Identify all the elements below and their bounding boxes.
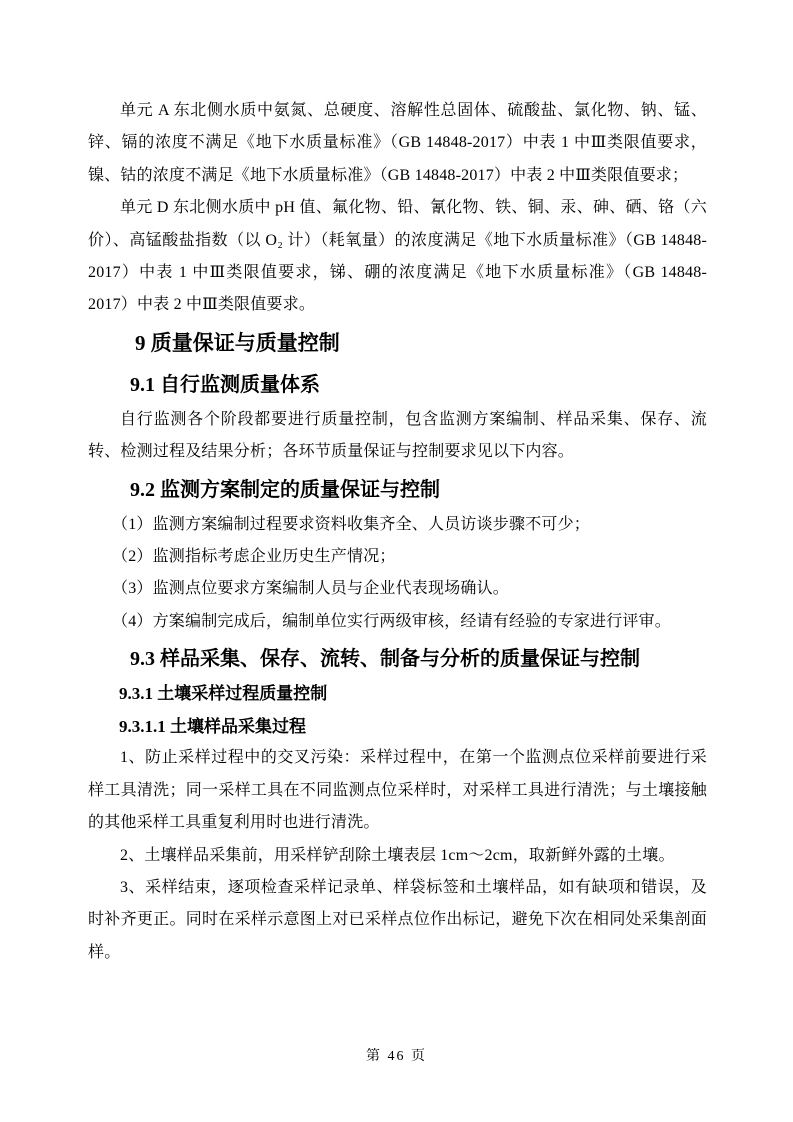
heading-section-9-1: 9.1 自行监测质量体系 xyxy=(88,368,707,402)
paragraph-unit-a-water-quality: 单元 A 东北侧水质中氨氮、总硬度、溶解性总固体、硫酸盐、氯化物、钠、锰、锌、镉… xyxy=(88,95,707,192)
paragraph-soil-sampling-2: 2、土壤样品采集前，用采样铲刮除土壤表层 1cm～2cm，取新鲜外露的土壤。 xyxy=(88,840,707,872)
page-number: 第 46 页 xyxy=(366,1049,427,1064)
paragraph-soil-sampling-3: 3、采样结束，逐项检查采样记录单、样袋标签和土壤样品，如有缺项和错误，及时补齐更… xyxy=(88,872,707,969)
heading-section-9-3-1-1: 9.3.1.1 土壤样品采集过程 xyxy=(88,712,707,742)
page-footer: 第 46 页 xyxy=(0,1046,793,1068)
list-item-2: （2）监测指标考虑企业历史生产情况； xyxy=(88,541,707,573)
heading-section-9-3-1: 9.3.1 土壤采样过程质量控制 xyxy=(88,679,707,709)
paragraph-unit-d-water-quality: 单元 D 东北侧水质中 pH 值、氟化物、铅、氰化物、铁、铜、汞、砷、硒、铬（六… xyxy=(88,192,707,322)
list-item-1: （1）监测方案编制过程要求资料收集齐全、人员访谈步骤不可少； xyxy=(88,509,707,541)
heading-section-9-2: 9.2 监测方案制定的质量保证与控制 xyxy=(88,473,707,507)
list-item-3: （3）监测点位要求方案编制人员与企业代表现场确认。 xyxy=(88,573,707,605)
paragraph-self-monitoring-intro: 自行监测各个阶段都要进行质量控制，包含监测方案编制、样品采集、保存、流转、检测过… xyxy=(88,404,707,469)
heading-section-9-3: 9.3 样品采集、保存、流转、制备与分析的质量保证与控制 xyxy=(88,642,707,676)
paragraph-soil-sampling-1: 1、防止采样过程中的交叉污染：采样过程中，在第一个监测点位采样前要进行采样工具清… xyxy=(88,742,707,839)
heading-chapter-9: 9 质量保证与质量控制 xyxy=(88,326,707,360)
list-item-4: （4）方案编制完成后，编制单位实行两级审核，经请有经验的专家进行评审。 xyxy=(88,606,707,638)
document-page: 单元 A 东北侧水质中氨氮、总硬度、溶解性总固体、硫酸盐、氯化物、钠、锰、锌、镉… xyxy=(0,0,793,1122)
